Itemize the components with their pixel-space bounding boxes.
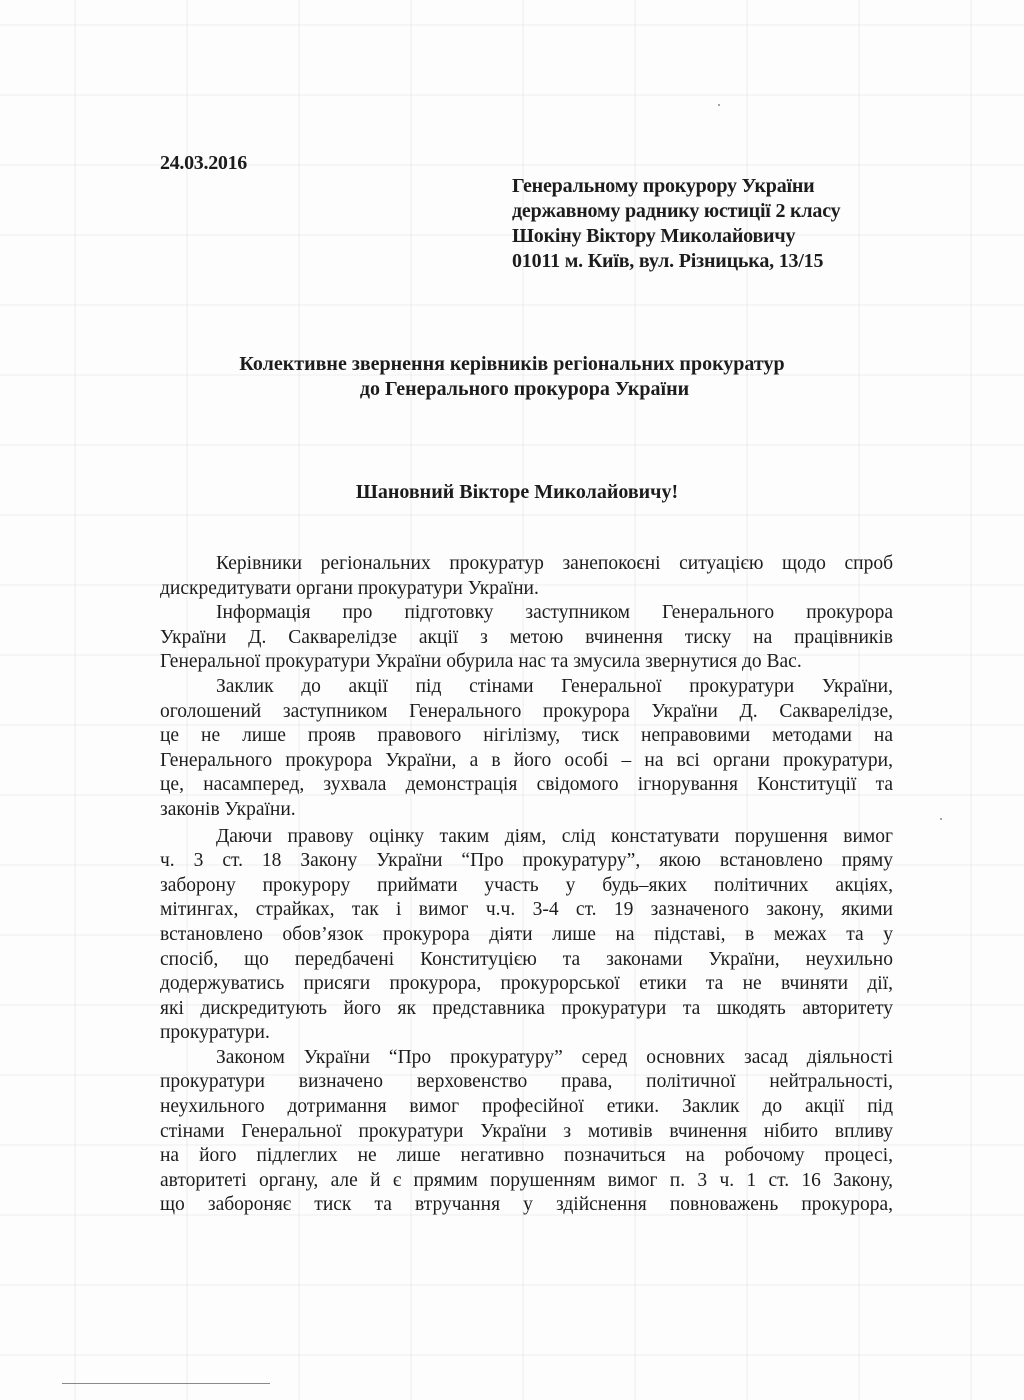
text-line: мітингах, страйках, так і вимог ч.ч. 3-4… <box>160 898 893 923</box>
text-line: прокуратури визначено верховенство права… <box>160 1070 893 1095</box>
text-line: оголошений заступником Генерального прок… <box>160 700 893 725</box>
letter-page: 24.03.2016 Генеральному прокурору Україн… <box>0 0 1024 1400</box>
scan-speck <box>940 818 942 820</box>
paragraph-4: Даючи правову оцінку таким діям, слід ко… <box>160 825 893 1046</box>
text-line: Інформація про підготовку заступником Ге… <box>160 601 893 626</box>
document-title: Колективне звернення керівників регіонал… <box>0 352 1024 402</box>
text-line: України Д. Сакварелідзе акції з метою вч… <box>160 626 893 651</box>
addressee-line: Шокіну Віктору Миколайовичу <box>512 224 840 249</box>
text-line: встановлено обов’язок прокурора діяти ли… <box>160 923 893 948</box>
text-line: що забороняє тиск та втручання у здійсне… <box>160 1193 893 1218</box>
paragraph-1: Керівники регіональних прокуратур занепо… <box>160 552 893 601</box>
addressee-line: Генеральному прокурору України <box>512 174 840 199</box>
text-line: на його підлеглих не лише негативно позн… <box>160 1144 893 1169</box>
addressee-block: Генеральному прокурору України державном… <box>512 174 840 274</box>
text-line: додержуватись присяги прокурора, прокуро… <box>160 972 893 997</box>
letter-body: Керівники регіональних прокуратур занепо… <box>160 552 893 1218</box>
text-line: Даючи правову оцінку таким діям, слід ко… <box>160 825 893 850</box>
text-line: Законом України “Про прокуратуру” серед … <box>160 1046 893 1071</box>
text-line: Керівники регіональних прокуратур занепо… <box>160 552 893 577</box>
text-line: Заклик до акції під стінами Генеральної … <box>160 675 893 700</box>
addressee-address: 01011 м. Київ, вул. Різницька, 13/15 <box>512 249 840 274</box>
text-line: авторитеті органу, але й є прямим поруше… <box>160 1169 893 1194</box>
footnote-separator-line <box>62 1383 270 1384</box>
text-line: дискредитувати органи прокуратури Україн… <box>160 577 893 602</box>
paragraph-3: Заклик до акції під стінами Генеральної … <box>160 675 893 823</box>
text-line: Генеральної прокуратури України обурила … <box>160 650 893 675</box>
paragraph-2: Інформація про підготовку заступником Ге… <box>160 601 893 675</box>
text-line: це не лише прояв правового нігілізму, ти… <box>160 724 893 749</box>
text-line: законів України. <box>160 798 893 823</box>
text-line: ч. 3 ст. 18 Закону України “Про прокурат… <box>160 849 893 874</box>
scan-speck <box>718 104 720 106</box>
salutation: Шановний Вікторе Миколайовичу! <box>0 481 1024 504</box>
addressee-line: державному раднику юстиції 2 класу <box>512 199 840 224</box>
paragraph-5: Законом України “Про прокуратуру” серед … <box>160 1046 893 1218</box>
text-line: заборону прокурору приймати участь у буд… <box>160 874 893 899</box>
text-line: неухильного дотримання вимог професійної… <box>160 1095 893 1120</box>
text-line: Генерального прокурора України, а в його… <box>160 749 893 774</box>
title-line: до Генерального прокурора України <box>0 377 1024 402</box>
title-line: Колективне звернення керівників регіонал… <box>0 352 1024 377</box>
text-line: які дискредитують його як представника п… <box>160 997 893 1022</box>
text-line: це, насамперед, зухвала демонстрація сві… <box>160 773 893 798</box>
letter-date: 24.03.2016 <box>160 152 247 175</box>
text-line: спосіб, що передбачені Конституцією та з… <box>160 948 893 973</box>
text-line: стінами Генеральної прокуратури України … <box>160 1120 893 1145</box>
text-line: прокуратури. <box>160 1021 893 1046</box>
